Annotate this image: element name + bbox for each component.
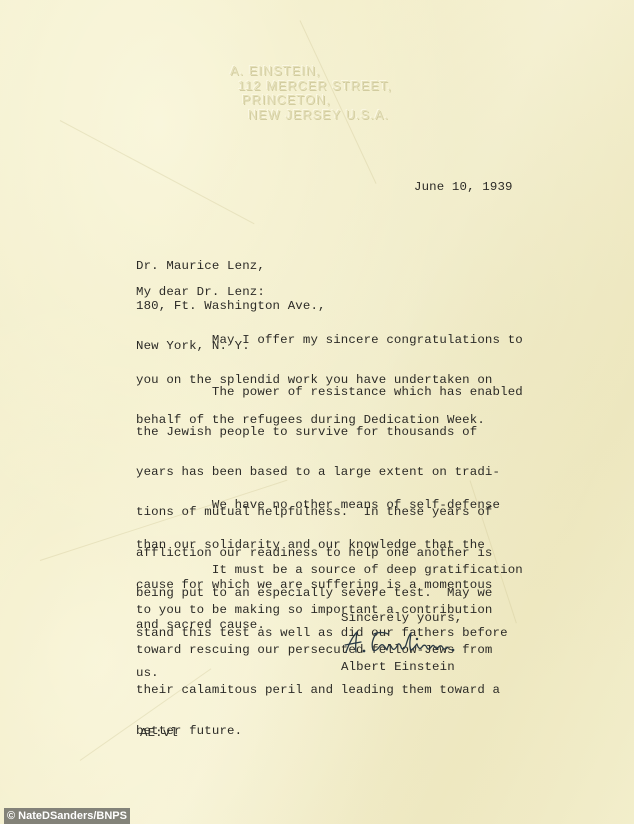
typed-signature-name: Albert Einstein [341,661,455,674]
paragraph-line: The power of resistance which has enable… [136,386,523,399]
reference-initials: AE:vl [140,727,178,740]
letterhead-line: 112 MERCER STREET, [230,79,392,94]
closing: Sincerely yours, [341,612,462,625]
paragraph-line: It must be a source of deep gratificatio… [136,564,523,577]
paragraph-line: to you to be making so important a contr… [136,604,523,617]
letter-date: June 10, 1939 [414,181,513,194]
paper-crease [60,120,255,224]
paragraph-line: We have no other means of self-defense [136,499,500,512]
photo-credit: © NateDSanders/BNPS [4,808,130,824]
letterhead-line: NEW JERSEY U.S.A. [230,108,392,123]
paragraph-line: the Jewish people to survive for thousan… [136,426,523,439]
letterhead-line: A. EINSTEIN, [230,64,392,79]
paragraph-line: better future. [136,725,523,738]
address-line: Dr. Maurice Lenz, [136,260,326,273]
paragraph-line: their calamitous peril and leading them … [136,684,523,697]
handwritten-signature-icon [340,628,470,658]
embossed-letterhead: A. EINSTEIN, 112 MERCER STREET, PRINCETO… [230,64,392,122]
letterhead-line: PRINCETON, [230,93,392,108]
salutation: My dear Dr. Lenz: [136,286,265,299]
paragraph-line: May I offer my sincere congratulations t… [136,334,523,347]
